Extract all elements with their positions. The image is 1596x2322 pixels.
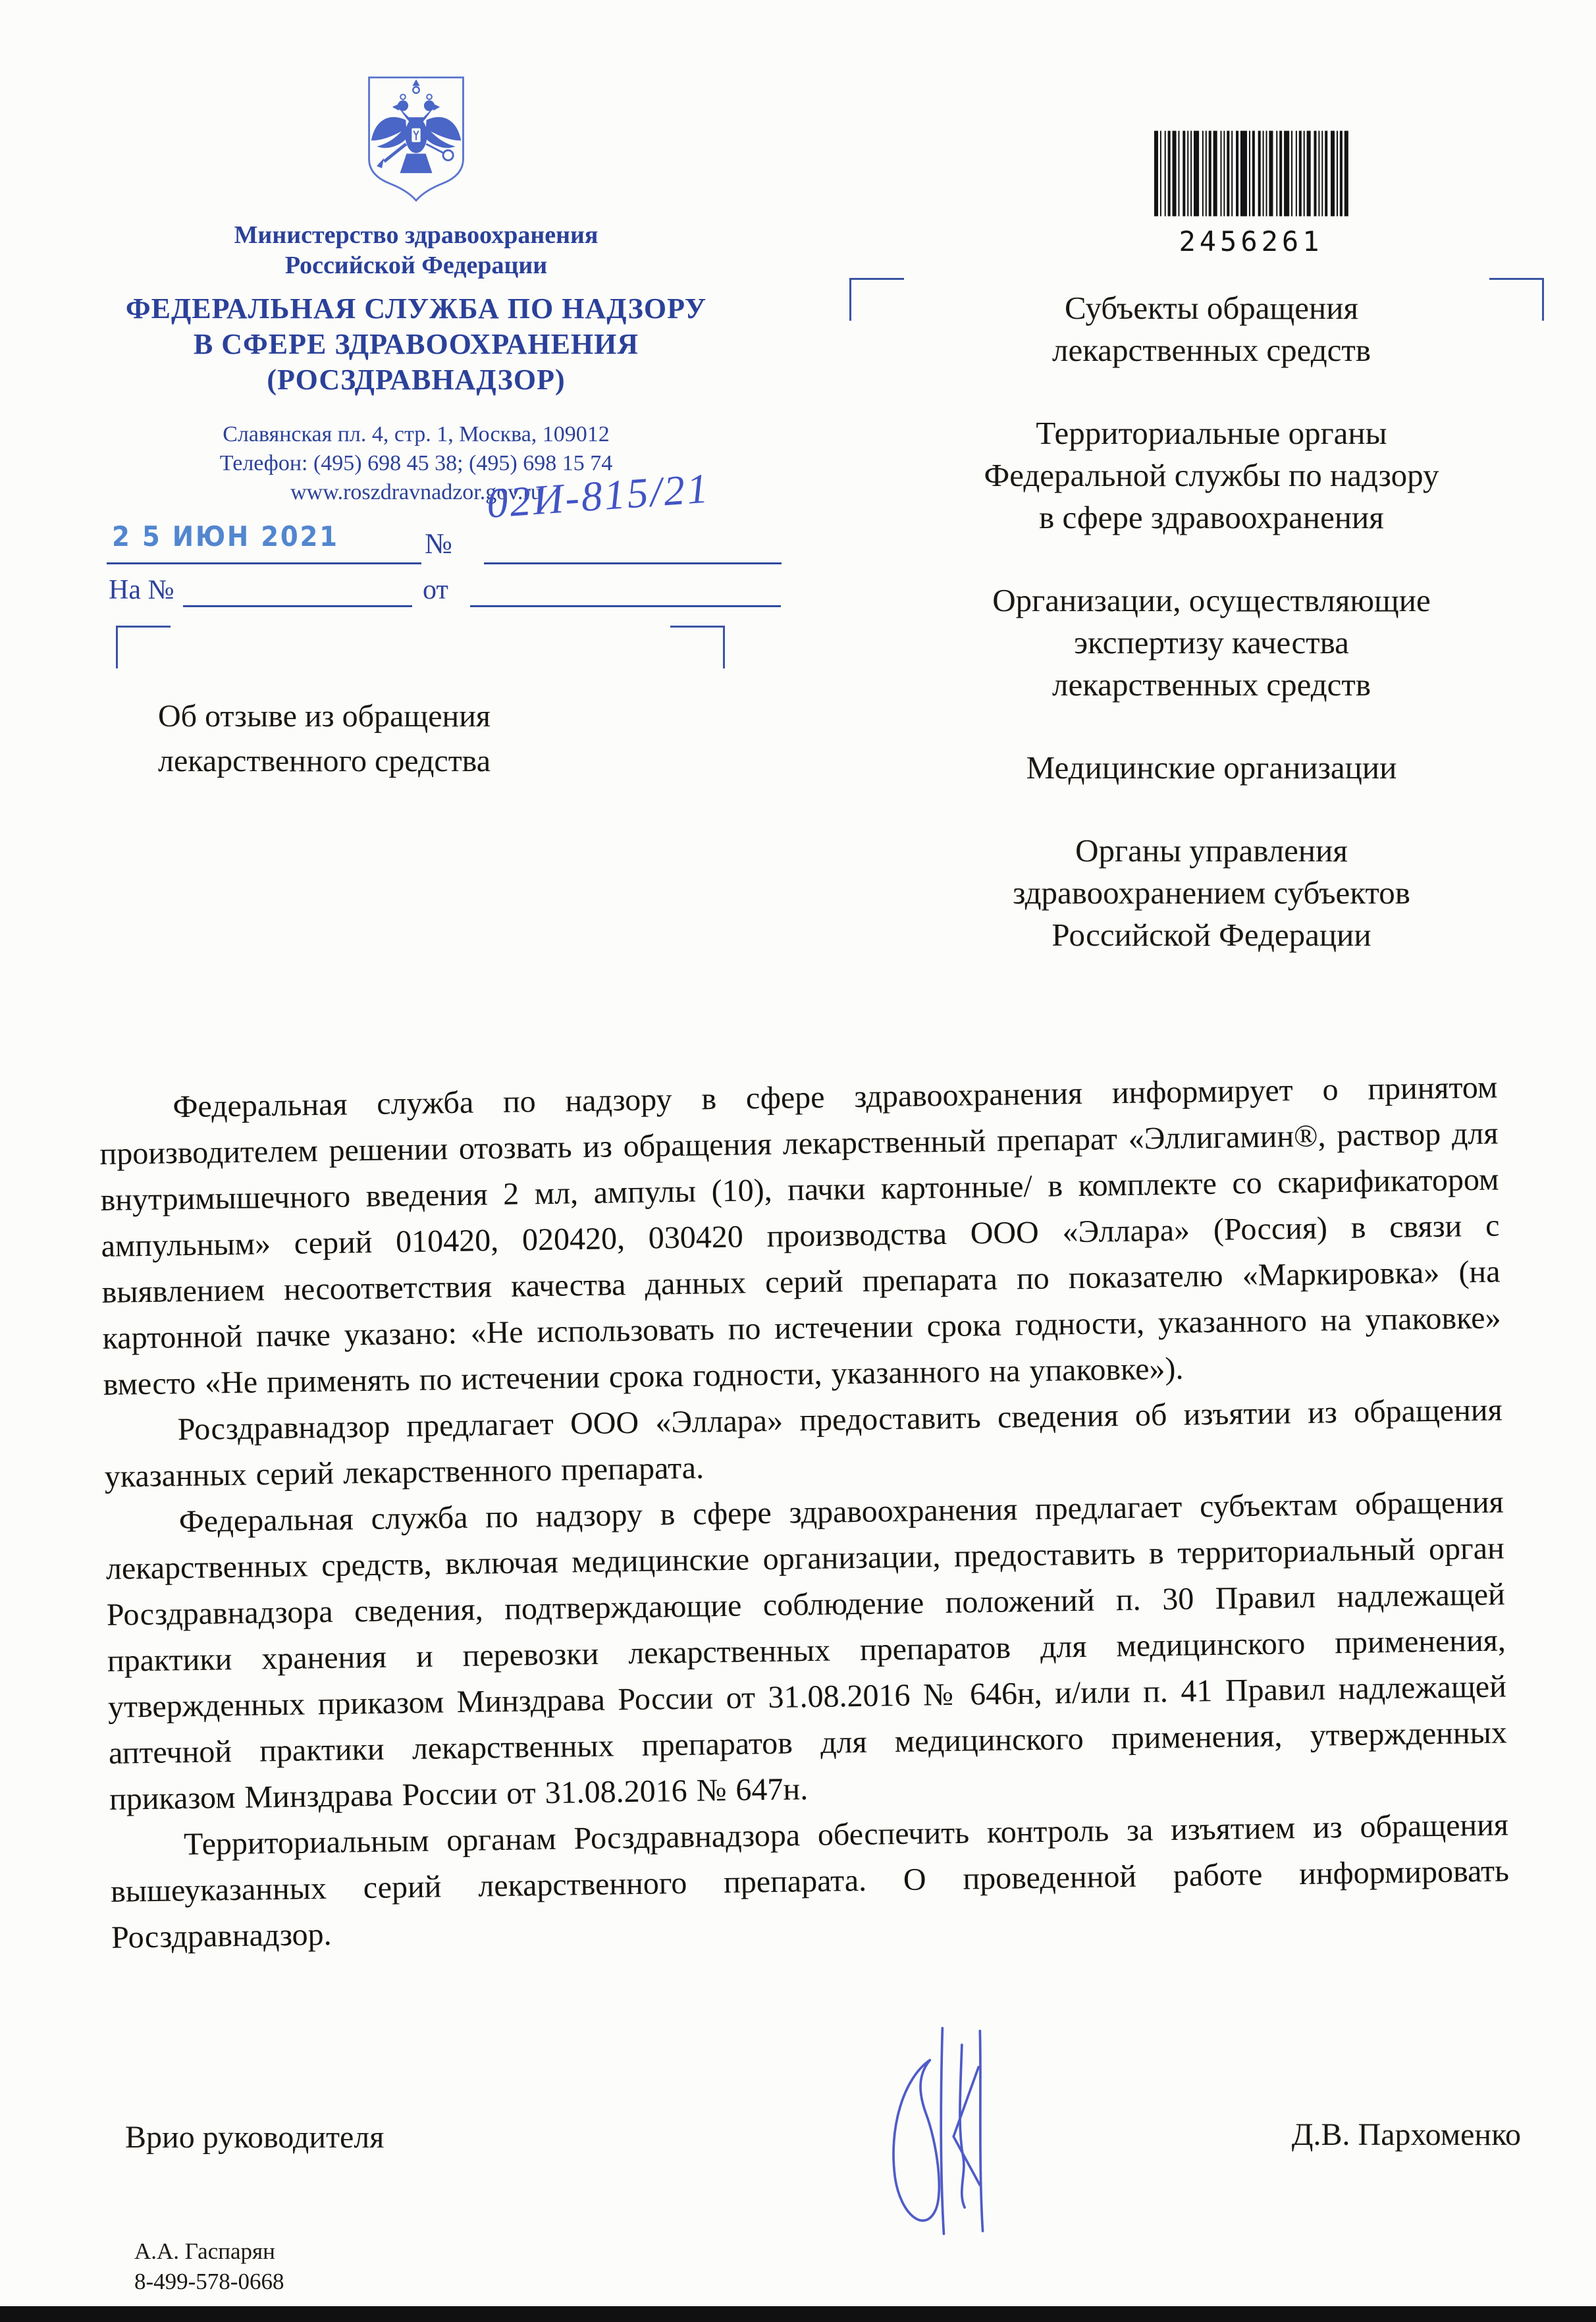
executor-name: А.А. Гаспарян	[134, 2236, 284, 2267]
service-line3: (РОСЗДРАВНАДЗОР)	[92, 362, 740, 398]
date-underline	[107, 562, 421, 564]
signer-name: Д.В. Пархоменко	[1211, 2117, 1521, 2153]
recipient-item: Субъекты обращения лекарственных средств	[888, 287, 1535, 371]
signer-title: Врио руководителя	[125, 2119, 384, 2155]
scanned-letter-page: Министерство здравоохранения Российской …	[0, 0, 1596, 2322]
recipient-item: Территориальные органы Федеральной служб…	[888, 412, 1535, 539]
incoming-number-underline	[183, 605, 412, 607]
corner-mark-left-tr	[670, 626, 725, 668]
subject-block: Об отзыве из обращения лекарственного ср…	[158, 694, 491, 784]
number-underline	[484, 562, 782, 564]
ministry-header: Министерство здравоохранения Российской …	[92, 220, 740, 281]
letter-body: Федеральная служба по надзору в сфере зд…	[99, 1064, 1510, 1960]
number-label: №	[425, 527, 452, 560]
barcode-number: 2456261	[1152, 225, 1350, 257]
executor-block: А.А. Гаспарян 8-499-578-0668	[134, 2236, 284, 2297]
barcode-block: 2456261	[1152, 129, 1350, 257]
date-stamp: 2 5 ИЮН 2021	[112, 520, 339, 553]
recipient-item: Медицинские организации	[888, 747, 1535, 789]
corner-mark-left-tl	[116, 626, 171, 668]
subject-line1: Об отзыве из обращения	[158, 694, 491, 739]
incoming-number-label: На №	[109, 574, 174, 606]
service-line1: ФЕДЕРАЛЬНАЯ СЛУЖБА ПО НАДЗОРУ	[92, 291, 740, 327]
ministry-line1: Министерство здравоохранения	[92, 220, 740, 250]
body-paragraph: Федеральная служба по надзору в сфере зд…	[105, 1479, 1508, 1822]
signature-scribble-icon	[876, 2023, 1001, 2244]
recipient-item: Организации, осуществляющие экспертизу к…	[888, 580, 1535, 706]
body-paragraph: Территориальным органам Росздравнадзора …	[110, 1802, 1510, 1960]
recipient-item: Органы управления здравоохранением субъе…	[888, 830, 1535, 956]
service-header: ФЕДЕРАЛЬНАЯ СЛУЖБА ПО НАДЗОРУ В СФЕРЕ ЗД…	[92, 291, 740, 398]
ministry-line2: Российской Федерации	[92, 250, 740, 281]
incoming-from-label: от	[423, 574, 448, 606]
scan-edge-bar	[0, 2306, 1596, 2322]
subject-line2: лекарственного средства	[158, 739, 491, 784]
russian-coat-of-arms-icon	[363, 72, 469, 209]
barcode-icon	[1153, 129, 1349, 218]
body-paragraph: Федеральная служба по надзору в сфере зд…	[99, 1064, 1502, 1407]
postal-address: Славянская пл. 4, стр. 1, Москва, 109012	[92, 420, 740, 449]
executor-phone: 8-499-578-0668	[134, 2267, 284, 2297]
incoming-date-underline	[470, 605, 781, 607]
recipients-list: Субъекты обращения лекарственных средств…	[888, 287, 1535, 997]
service-line2: В СФЕРЕ ЗДРАВООХРАНЕНИЯ	[92, 327, 740, 362]
